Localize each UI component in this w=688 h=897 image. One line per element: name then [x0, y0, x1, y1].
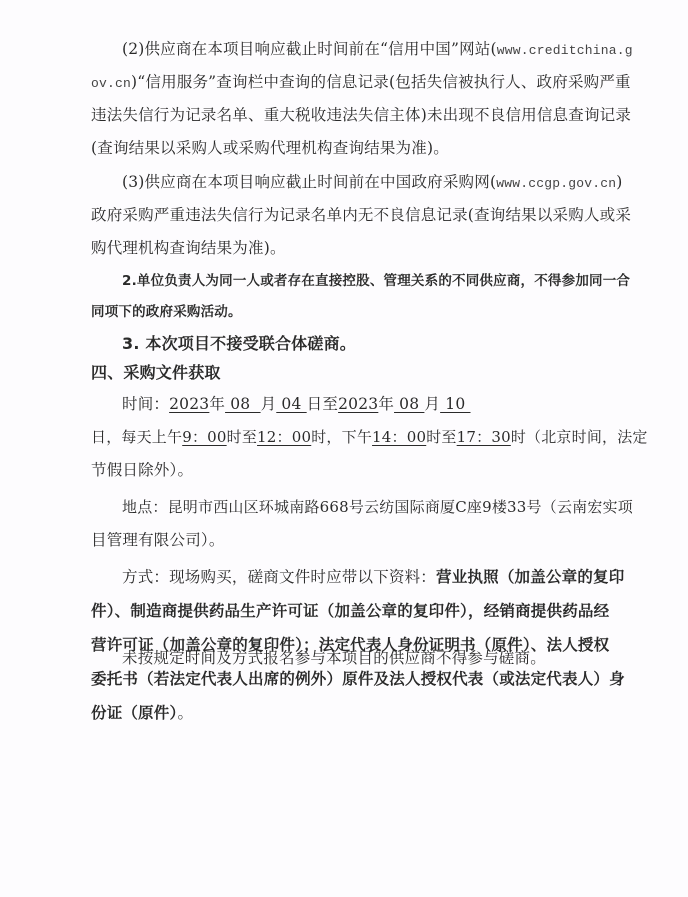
notice-line: 未按规定时间及方式报名参与本项目的供应商不得参与磋商。 — [122, 648, 602, 668]
sections-end: 未按规定时间及方式报名参与本项目的供应商不得参与磋商。 — [0, 0, 688, 897]
